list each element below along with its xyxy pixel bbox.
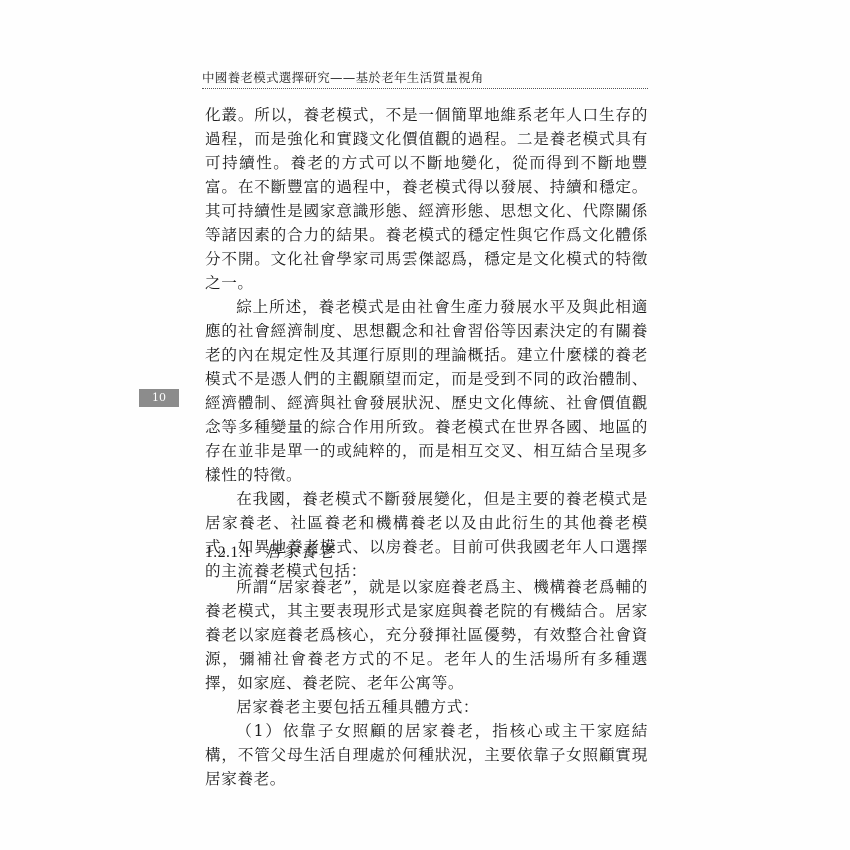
paragraph: 化叢。所以，養老模式，不是一個簡單地維系老年人口生存的過程，而是強化和實踐文化價… <box>205 103 648 295</box>
body-text-after-heading: 所謂“居家養老”，就是以家庭養老爲主、機構養老爲輔的養老模式，其主要表現形式是家… <box>205 575 648 791</box>
paragraph: 居家養老主要包括五種具體方式： <box>205 695 648 719</box>
paragraph: 所謂“居家養老”，就是以家庭養老爲主、機構養老爲輔的養老模式，其主要表現形式是家… <box>205 575 648 695</box>
header-dotted-rule <box>202 88 648 89</box>
paragraph: 在我國，養老模式不斷發展變化，但是主要的養老模式是居家養老、社區養老和機構養老以… <box>205 487 648 583</box>
section-title: 居家養老 <box>265 543 335 561</box>
paragraph: 綜上所述，養老模式是由社會生產力發展水平及與此相適應的社會經濟制度、思想觀念和社… <box>205 295 648 487</box>
page-number-tab: 10 <box>139 389 179 407</box>
body-text-before-heading: 化叢。所以，養老模式，不是一個簡單地維系老年人口生存的過程，而是強化和實踐文化價… <box>205 103 648 583</box>
paragraph: （1）依靠子女照顧的居家養老，指核心或主干家庭結構，不管父母生活自理處於何種狀況… <box>205 719 648 791</box>
running-header: 中國養老模式選擇研究——基於老年生活質量視角 <box>202 70 648 86</box>
book-page: 中國養老模式選擇研究——基於老年生活質量視角 10 化叢。所以，養老模式，不是一… <box>0 0 850 850</box>
section-number: 1.2.1.1 <box>205 544 251 561</box>
section-heading: 1.2.1.1居家養老 <box>205 542 336 563</box>
